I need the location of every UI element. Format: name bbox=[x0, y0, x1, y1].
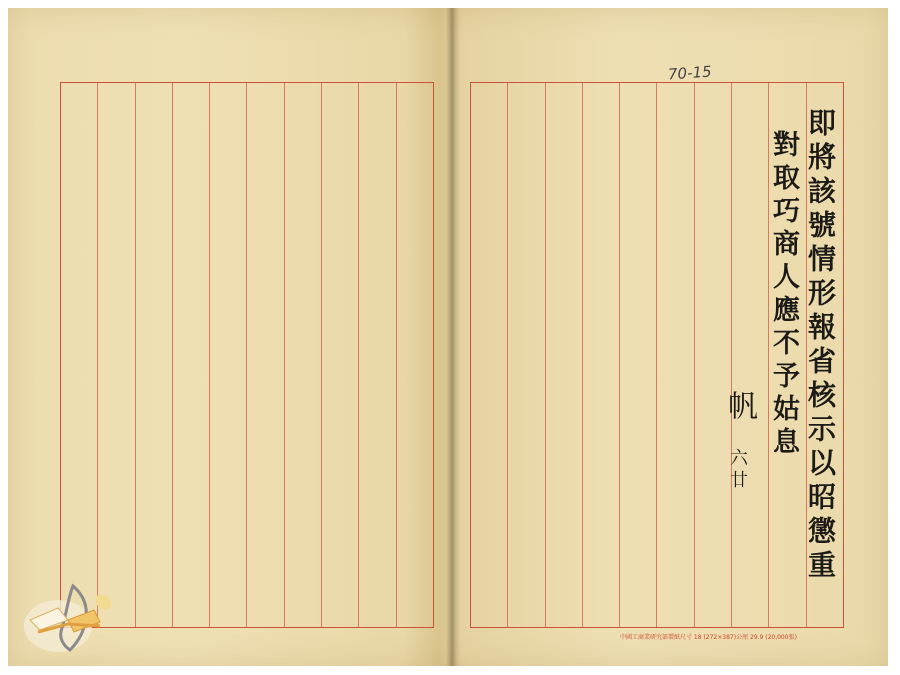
paper-imprint: 中國工商業研究部製紙尺寸 18 (272×387)公厘 29.9 (20,000… bbox=[620, 632, 797, 641]
page-number: 70-15 bbox=[667, 63, 712, 84]
archive-logo-icon bbox=[18, 578, 118, 658]
text-line-2: 對取巧商人應不予姑息 bbox=[764, 130, 803, 460]
center-fold bbox=[446, 8, 460, 666]
text-line-1: 即將該號情形報省核示以昭懲重 bbox=[800, 108, 840, 584]
signature: 帆 bbox=[717, 390, 761, 426]
date: 六廿 bbox=[724, 448, 750, 492]
left-page-grid bbox=[60, 82, 434, 628]
